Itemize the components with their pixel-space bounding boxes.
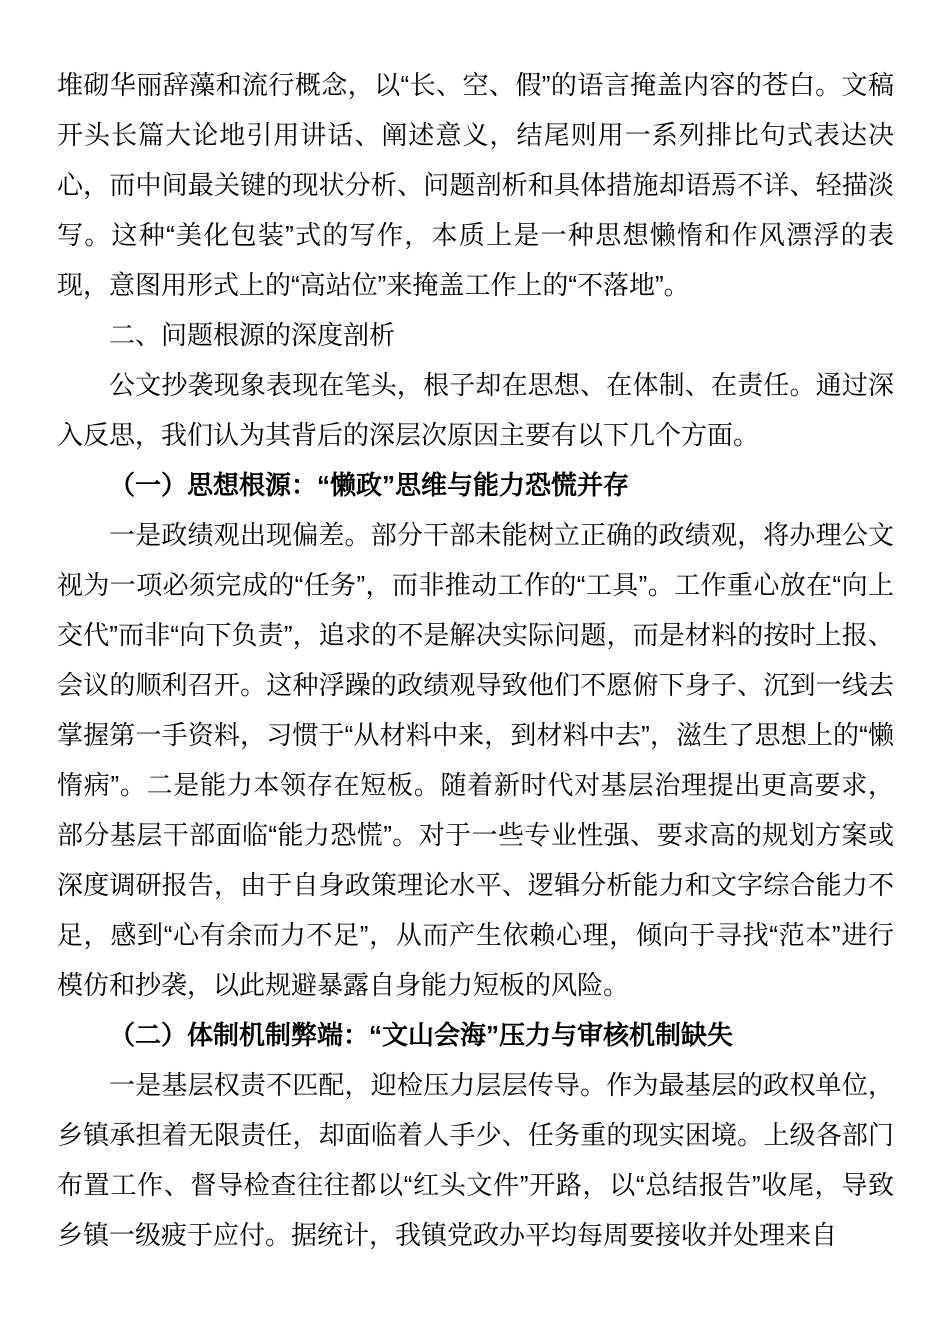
section-heading: 二、问题根源的深度剖析	[57, 310, 894, 360]
paragraph: 一是基层权责不匹配，迎检压力层层传导。作为最基层的政权单位，乡镇承担着无限责任，…	[57, 1060, 894, 1260]
subsection-heading-1: （一）思想根源：“懒政”思维与能力恐慌并存	[57, 460, 894, 510]
paragraph: 一是政绩观出现偏差。部分干部未能树立正确的政绩观，将办理公文视为一项必须完成的“…	[57, 510, 894, 1010]
paragraph-continuation: 堆砌华丽辞藻和流行概念，以“长、空、假”的语言掩盖内容的苍白。文稿开头长篇大论地…	[57, 60, 894, 310]
subsection-heading-2: （二）体制机制弊端：“文山会海”压力与审核机制缺失	[57, 1010, 894, 1060]
paragraph: 公文抄袭现象表现在笔头，根子却在思想、在体制、在责任。通过深入反思，我们认为其背…	[57, 360, 894, 460]
document-page: 堆砌华丽辞藻和流行概念，以“长、空、假”的语言掩盖内容的苍白。文稿开头长篇大论地…	[0, 0, 950, 1344]
